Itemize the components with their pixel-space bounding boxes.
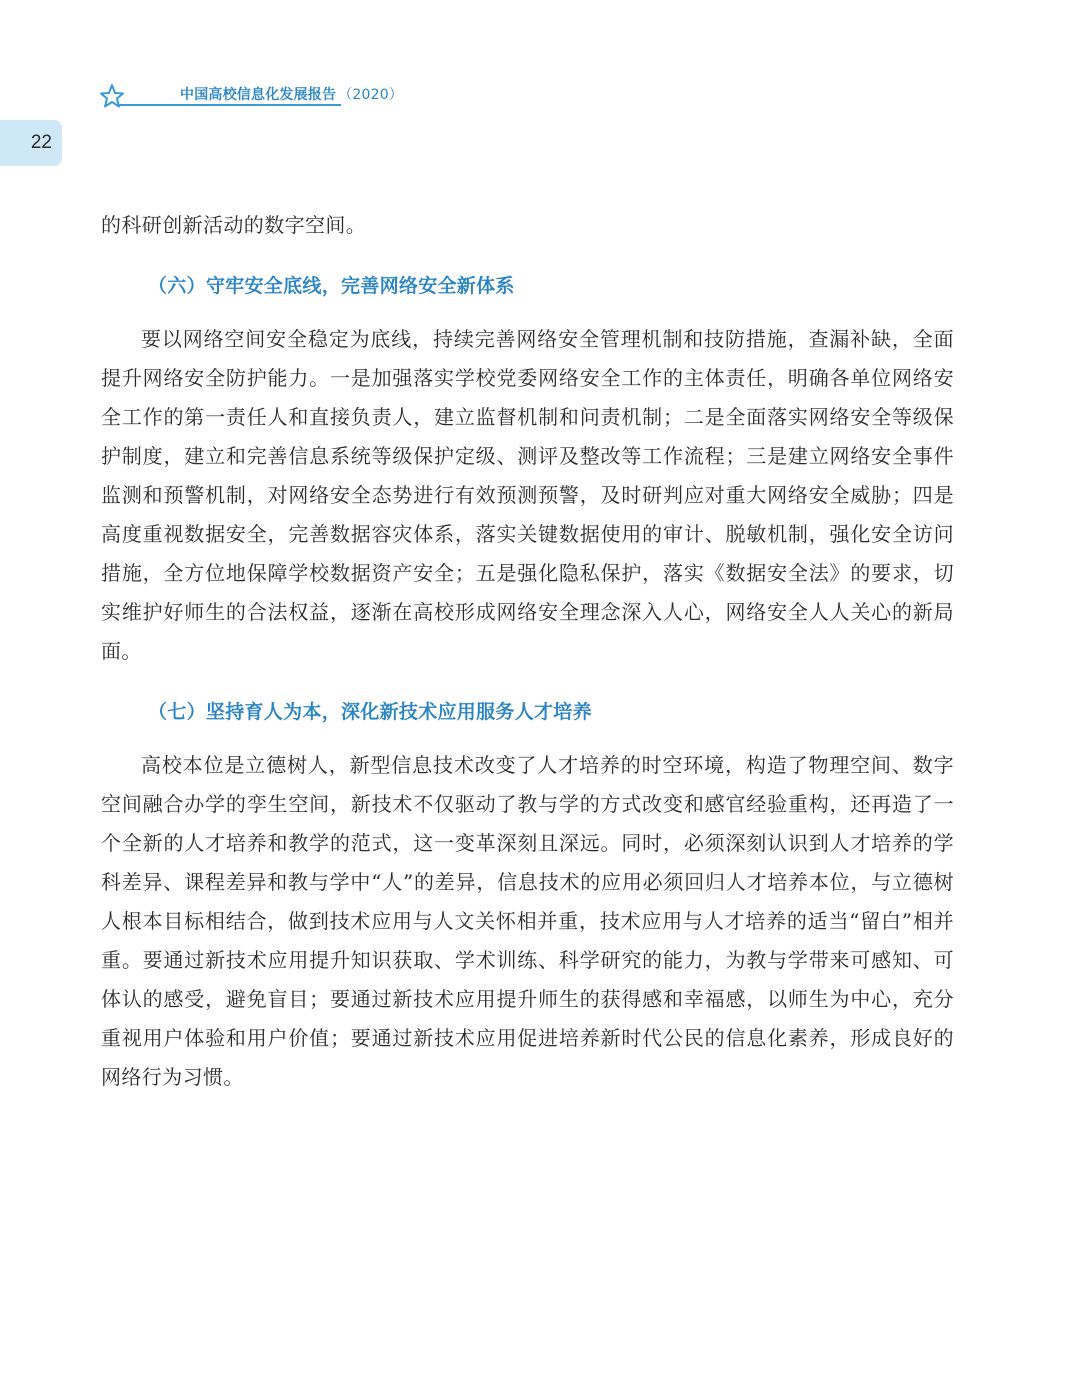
section-six-paragraph: 要以网络空间安全稳定为底线，持续完善网络安全管理机制和技防措施，查漏补缺，全面提…: [101, 320, 954, 671]
section-heading-seven: （七）坚持育人为本，深化新技术应用服务人才培养: [101, 697, 954, 724]
report-title: 中国高校信息化发展报告（2020）: [180, 84, 403, 104]
page-body: 的科研创新活动的数字空间。 （六）守牢安全底线，完善网络安全新体系 要以网络空间…: [101, 206, 954, 1097]
continuation-paragraph: 的科研创新活动的数字空间。: [101, 206, 954, 245]
page-number: 22: [31, 132, 52, 154]
report-title-text: 中国高校信息化发展报告: [180, 87, 336, 103]
section-heading-six: （六）守牢安全底线，完善网络安全新体系: [101, 271, 954, 298]
section-seven-paragraph: 高校本位是立德树人，新型信息技术改变了人才培养的时空环境，构造了物理空间、数字空…: [101, 746, 954, 1097]
running-header: 中国高校信息化发展报告（2020）: [98, 78, 438, 112]
report-year: （2020）: [338, 87, 403, 103]
page-number-tab: 22: [0, 120, 62, 166]
header-rule: [116, 104, 341, 106]
